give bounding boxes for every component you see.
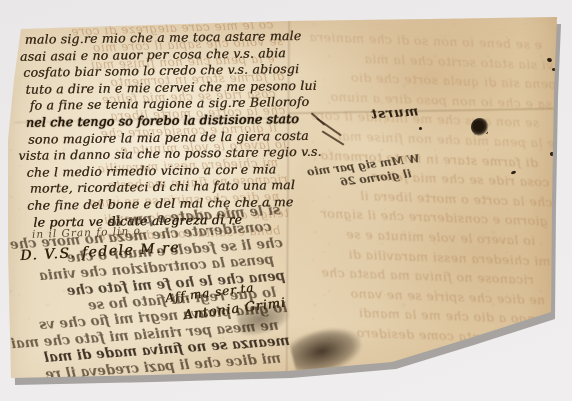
letter-body: malo sig.re mio che a me toca astare mal… (25, 28, 290, 231)
photo-backdrop: co le mie care alegreze di corese volio … (0, 0, 572, 401)
top-margin-note: gigliorie di mi resa (86, 13, 206, 23)
ink-blot (471, 118, 489, 136)
ink-speck (419, 127, 422, 130)
